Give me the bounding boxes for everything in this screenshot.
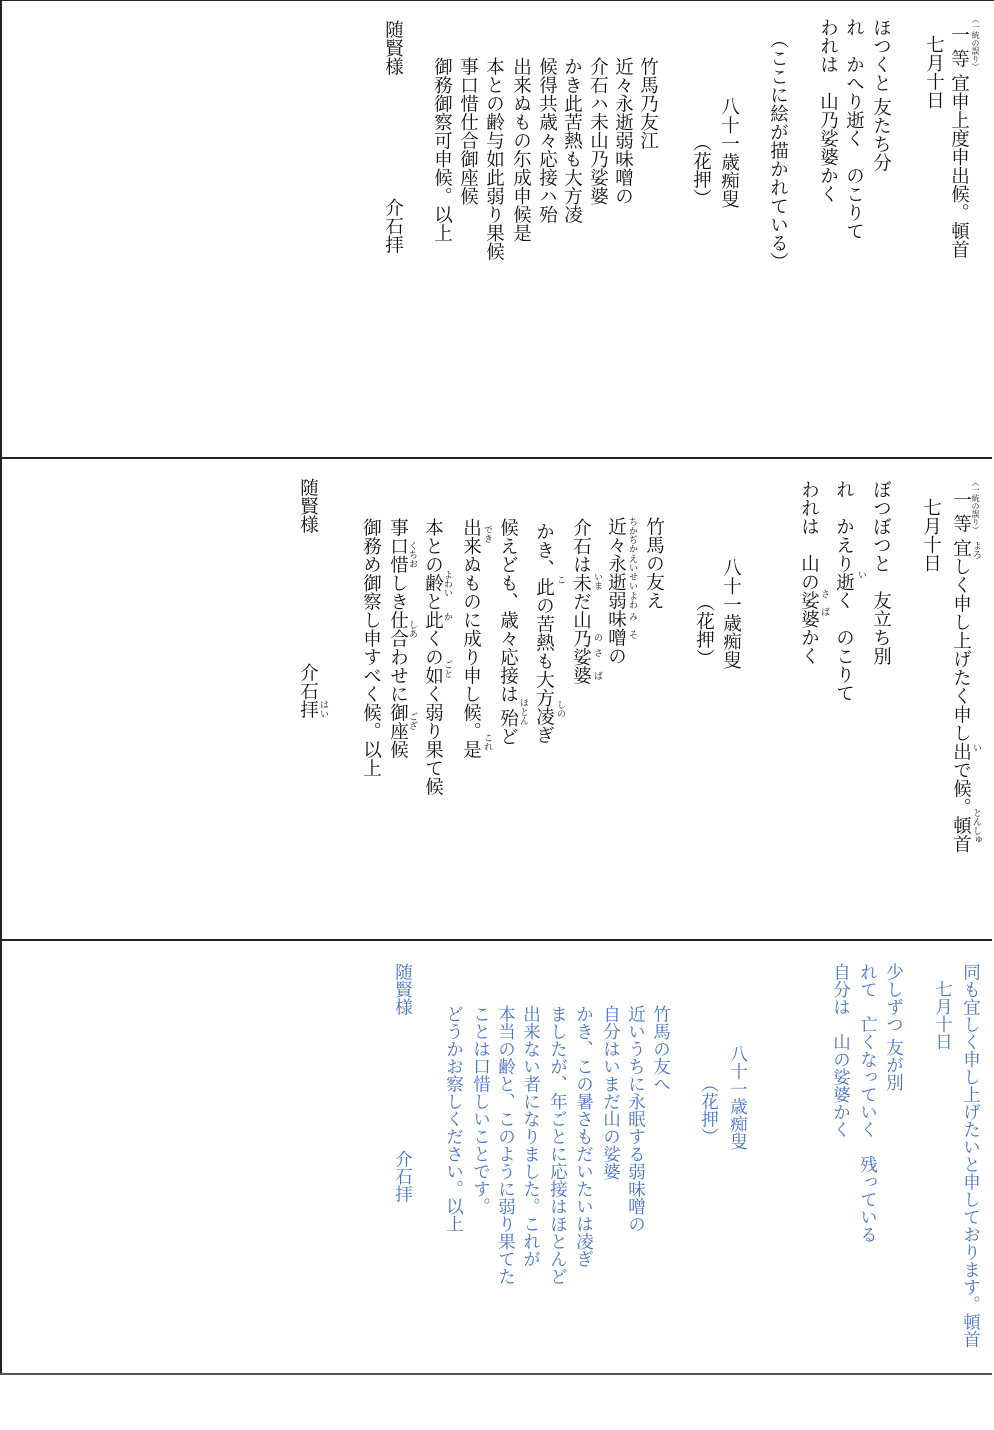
- letter-line-1: 竹馬の友へ: [651, 1005, 669, 1093]
- letter-line-2: 近々永逝弱味噌の: [613, 57, 632, 205]
- letter-line-4: かき此苦熱も大方凌: [562, 57, 581, 224]
- closing-line: 一 等 宜申上度申出候。頓首: [949, 25, 968, 259]
- ruby-ko: こ: [555, 575, 564, 584]
- letter-line-8: 事口惜仕合御座候: [458, 57, 477, 205]
- letter-line-1: 竹馬乃友江: [638, 57, 657, 150]
- date: 七月十日: [924, 35, 943, 109]
- ruby-tonshu: とんしゅ: [971, 808, 980, 844]
- signature: 八十一歳痴叟: [719, 97, 738, 208]
- divider-2: [0, 939, 992, 941]
- poem-line-3: 自分は 山の娑婆かく: [831, 963, 849, 1138]
- date: 七月十日: [921, 498, 940, 572]
- letter-line-3: 自分はいまだ山の娑婆: [601, 1005, 619, 1180]
- signature: 八十一歳痴叟: [721, 558, 740, 669]
- letter-line-1: 竹馬の友え: [644, 517, 663, 610]
- ruby-i-yuku: い: [856, 570, 865, 579]
- letter-line-9: 御務め御察し申すべく候。以上: [361, 518, 380, 777]
- letter-line-4: かき、この暑さもだいたいは凌ぎ: [574, 1005, 592, 1268]
- poem-line-3: われは 山の娑婆かく: [799, 480, 818, 665]
- letter-line-9: どうかお察しください。以上: [444, 1005, 462, 1233]
- poem-line-1: ぼつぼつと 友立ち別: [871, 480, 890, 665]
- left-border: [0, 0, 2, 1375]
- seal: （花押）: [699, 1075, 717, 1145]
- letter-line-7: 本との齢と此くの如く弱り果て候: [423, 518, 442, 796]
- seal: （花押）: [694, 593, 713, 667]
- letter-line-2: 近々永逝弱味噌の: [606, 517, 625, 665]
- letter-line-6: 出来ぬもの尓成申候是: [511, 57, 530, 242]
- poem-line-1: ほつくと 友たち分: [871, 18, 890, 172]
- letter-line-8: ことは口惜しいことです。: [471, 1005, 489, 1215]
- picture-note: （ここに絵が描かれている）: [768, 30, 787, 271]
- letter-line-4: かき、此の苦熱も大方凌ぎ: [534, 522, 553, 744]
- letter-line-7: 本との齢与如此弱り果候: [484, 57, 503, 261]
- letter-line-5: ましたが、年ごとに応接はほとんど: [548, 1005, 566, 1285]
- ruby-ba: ば: [819, 607, 828, 616]
- annotation: （一統の誤り）: [971, 478, 979, 534]
- sender: 介石拝: [383, 198, 402, 254]
- signature: 八十一歳痴叟: [728, 1045, 746, 1150]
- ruby-hai: はい: [318, 700, 327, 718]
- ruby-chikajika: ちかぢか: [627, 517, 636, 553]
- annotation: （一統の誤り）: [971, 15, 979, 71]
- ruby-yowa: よわ: [627, 591, 636, 609]
- ruby-no: の: [592, 633, 601, 642]
- ruby-hoton: ほとん: [518, 698, 527, 725]
- letter-line-5: 候得共歳々応接ハ殆: [537, 57, 556, 224]
- ruby-i-de: い: [971, 743, 980, 752]
- date: 七月十日: [933, 980, 951, 1050]
- addressee: 随賢様: [393, 963, 411, 1016]
- sender: 介石拝: [298, 663, 317, 719]
- ruby-kore: これ: [482, 733, 491, 751]
- ruby-deki: でき: [482, 525, 491, 543]
- ruby-sa: さ: [592, 648, 601, 657]
- poem-line-2: れ かえり逝く のこりて: [834, 480, 853, 702]
- letter-line-3: 介石は未だ山乃娑婆: [571, 518, 590, 685]
- ruby-shino: しの: [555, 700, 564, 718]
- closing-line: 一 等 宜しく申し上げたく申し出で候。頓首: [951, 490, 970, 853]
- poem-line-3: われは 山乃娑婆かく: [818, 18, 837, 203]
- poem-line-1: 少しずつ 友が別: [884, 963, 902, 1091]
- letter-line-5: 候えども、歳々応接は 殆ど: [498, 518, 517, 746]
- sender: 介石拝: [393, 1150, 411, 1203]
- document-page: （一統の誤り） 一 等 宜申上度申出候。頓首 七月十日 ほつくと 友たち分 れ …: [0, 0, 994, 1430]
- poem-line-2: れ かへり逝く のこりて: [844, 18, 863, 240]
- letter-line-3: 介石ハ未山乃娑婆: [588, 57, 607, 205]
- divider-1: [0, 457, 992, 459]
- ruby-eisei: えいせい: [627, 554, 636, 590]
- letter-line-2: 近いうちに永眠する弱味噌の: [626, 1005, 644, 1233]
- ruby-yoro: よろ: [971, 541, 980, 559]
- divider-3: [0, 1373, 992, 1375]
- seal: （花押）: [691, 133, 710, 207]
- ruby-ima: いま: [592, 572, 601, 590]
- addressee: 随賢様: [298, 478, 317, 534]
- ruby-ba: ば: [592, 671, 601, 680]
- ruby-so: そ: [627, 630, 636, 639]
- ruby-mi: み: [627, 612, 636, 621]
- poem-line-2: れて 亡くなっていく 残っている: [858, 963, 876, 1243]
- letter-line-6: 出来ぬものに成り申し候。是: [461, 518, 480, 759]
- letter-line-8: 事口惜しき仕合わせに御座候: [388, 518, 407, 759]
- letter-line-7: 本当の齢と、このように弱り果てた: [496, 1005, 514, 1285]
- addressee: 随賢様: [383, 20, 402, 76]
- closing-line: 同も宜しく申し上げたいと申しております。頓首: [961, 963, 979, 1348]
- letter-line-9: 御務御察可申候。以上: [432, 57, 451, 242]
- letter-line-6: 出来ない者になりました。これが: [521, 1005, 539, 1268]
- top-border: [0, 0, 994, 1]
- ruby-sa: さ: [819, 589, 828, 598]
